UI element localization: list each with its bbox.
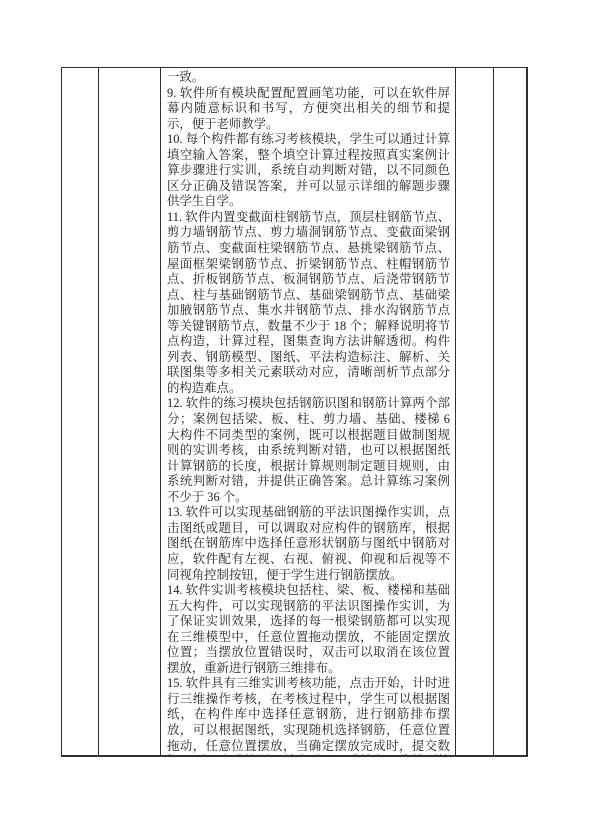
spec-paragraph: 10. 每个构件都有练习考核模块，学生可以通过计算填空输入答案，整个填空计算过程… xyxy=(167,132,450,210)
spec-paragraph-list: 一致。9. 软件所有模块配置配置画笔功能，可以在软件屏幕内随意标识和书写，方便突… xyxy=(167,70,450,755)
spec-paragraph: 13. 软件可以实现基础钢筋的平法识图操作实训，点击图纸或题目，可以调取对应构件… xyxy=(167,505,450,583)
table-cell-remark xyxy=(494,68,526,755)
table-cell-qty xyxy=(456,68,494,755)
spec-paragraph: 15. 软件具有三维实训考核功能，点击开始，计时进行三维操作考核，在考核过程中，… xyxy=(167,676,450,755)
table-cell-spec-text: 一致。9. 软件所有模块配置配置画笔功能，可以在软件屏幕内随意标识和书写，方便突… xyxy=(161,68,456,755)
spec-paragraph: 一致。 xyxy=(167,70,450,86)
table-cell-index xyxy=(62,68,99,755)
document-page: 一致。9. 软件所有模块配置配置画笔功能，可以在软件屏幕内随意标识和书写，方便突… xyxy=(0,0,589,815)
table-cell-item xyxy=(99,68,161,755)
spec-paragraph: 12. 软件的练习模块包括钢筋识图和钢筋计算两个部分；案例包括梁、板、柱、剪力墙… xyxy=(167,396,450,505)
spec-paragraph: 9. 软件所有模块配置配置画笔功能，可以在软件屏幕内随意标识和书写，方便突出相关… xyxy=(167,86,450,133)
spec-table: 一致。9. 软件所有模块配置配置画笔功能，可以在软件屏幕内随意标识和书写，方便突… xyxy=(61,67,528,757)
spec-paragraph: 14. 软件实训考核模块包括柱、梁、板、楼梯和基础五大构件，可以实现钢筋的平法识… xyxy=(167,583,450,676)
spec-paragraph: 11. 软件内置变截面柱钢筋节点，顶层柱钢筋节点、剪力墙钢筋节点、剪力墙洞钢筋节… xyxy=(167,210,450,397)
